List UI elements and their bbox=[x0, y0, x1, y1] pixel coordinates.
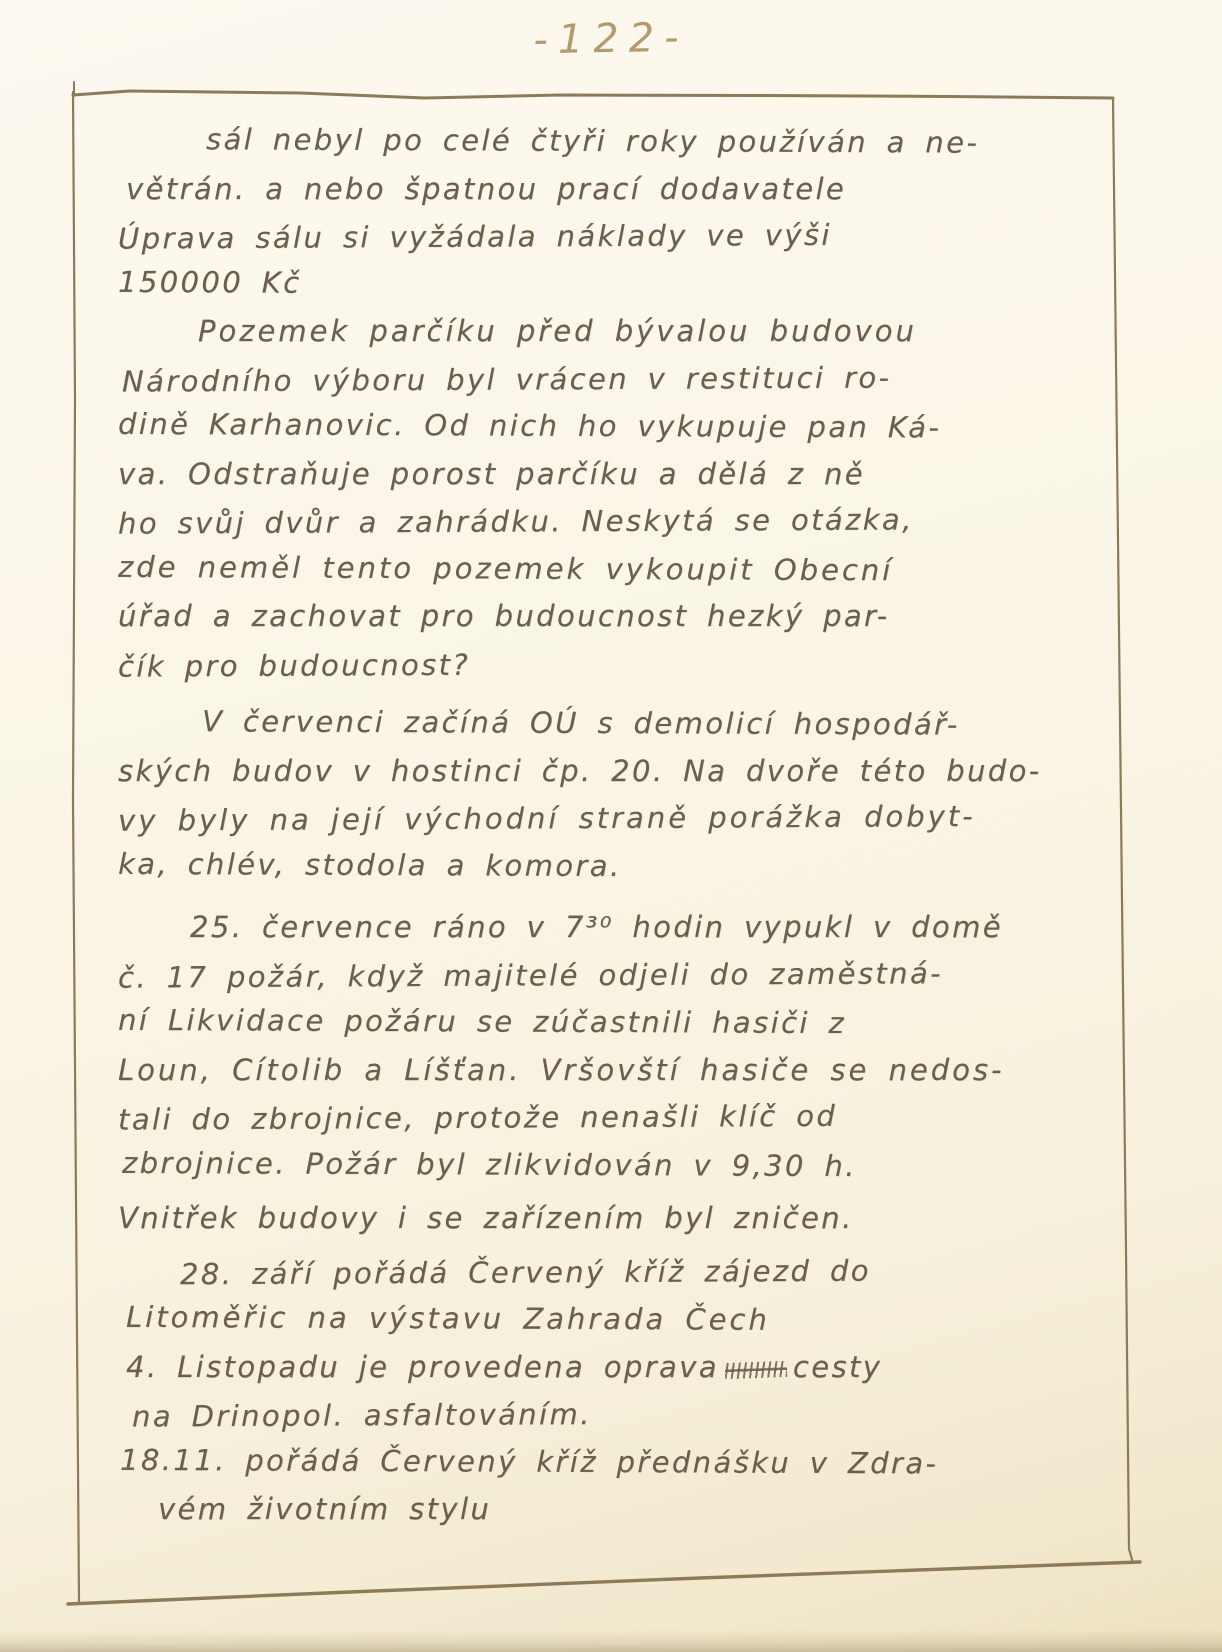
handwritten-line: 25. července ráno v 7³⁰ hodin vypukl v d… bbox=[118, 904, 1103, 952]
line-text-after-scribble: cesty bbox=[793, 1350, 882, 1384]
handwritten-line: Pozemek parčíku před bývalou budovou bbox=[118, 308, 1103, 356]
handwritten-line: va. Odstraňuje porost parčíku a dělá z n… bbox=[118, 451, 1103, 499]
handwritten-line: 18.11. pořádá Červený kříž přednášku v Z… bbox=[118, 1436, 1103, 1488]
handwritten-line: Úprava sálu si vyžádala náklady ve výši bbox=[118, 210, 1103, 263]
handwritten-line: 28. září pořádá Červený kříž zájezd do bbox=[118, 1246, 1103, 1299]
handwritten-line: 4. Listopadu je provedena opravacesty bbox=[118, 1344, 1103, 1392]
handwritten-line: tali do zbrojnice, protože nenašli klíč … bbox=[118, 1091, 1103, 1144]
handwritten-line: zde neměl tento pozemek vykoupit Obecní bbox=[118, 543, 1103, 595]
border-top bbox=[73, 91, 1113, 98]
handwritten-line: 150000 Kč bbox=[118, 258, 1103, 310]
handwritten-line: ní Likvidace požáru se zúčastnili hasiči… bbox=[118, 997, 1103, 1049]
handwritten-line: čík pro budoucnost? bbox=[118, 638, 1103, 691]
handwritten-line: V červenci začíná OÚ s demolicí hospodář… bbox=[118, 698, 1103, 750]
handwriting-lines: sál nebyl po celé čtyři roky používán a … bbox=[118, 118, 1103, 1534]
handwritten-line: dině Karhanovic. Od nich ho vykupuje pan… bbox=[118, 401, 1103, 453]
handwritten-line: úřad a zachovat pro budoucnost hezký par… bbox=[118, 593, 1103, 641]
page-number: -122- bbox=[0, 5, 1222, 72]
handwritten-line: č. 17 požár, když majitelé odjeli do zam… bbox=[118, 949, 1103, 1002]
border-left bbox=[73, 92, 79, 1601]
handwritten-line: větrán. a nebo špatnou prací dodavatele bbox=[118, 166, 1103, 214]
handwritten-line: ho svůj dvůr a zahrádku. Neskytá se otáz… bbox=[118, 495, 1103, 548]
crossed-out-word bbox=[725, 1360, 788, 1378]
handwritten-line: vy byly na její východní straně porážka … bbox=[118, 792, 1103, 845]
border-right bbox=[1113, 98, 1129, 1549]
handwritten-line: zbrojnice. Požár byl zlikvidován v 9,30 … bbox=[118, 1139, 1103, 1191]
handwritten-line: ka, chlév, stodola a komora. bbox=[118, 840, 1103, 892]
handwritten-line: Loun, Cítolib a Líšťan. Vršovští hasiče … bbox=[118, 1047, 1103, 1095]
handwritten-line: ských budov v hostinci čp. 20. Na dvoře … bbox=[118, 748, 1103, 796]
handwritten-line: sál nebyl po celé čtyři roky používán a … bbox=[118, 116, 1103, 168]
handwritten-line: Litoměřic na výstavu Zahrada Čech bbox=[118, 1294, 1103, 1346]
border-bottom bbox=[68, 1562, 1140, 1604]
handwritten-line: na Drinopol. asfaltováním. bbox=[118, 1388, 1103, 1441]
line-text-before-scribble: 4. Listopadu je provedena oprava bbox=[126, 1350, 719, 1384]
handwritten-line: vém životním stylu bbox=[118, 1486, 1103, 1534]
handwritten-line: Vnitřek budovy i se zařízením byl zničen… bbox=[118, 1195, 1103, 1243]
paper-bottom-edge bbox=[0, 1630, 1222, 1652]
border-hook bbox=[1129, 1549, 1133, 1563]
handwritten-line: Národního výboru byl vrácen v restituci … bbox=[118, 353, 1103, 406]
